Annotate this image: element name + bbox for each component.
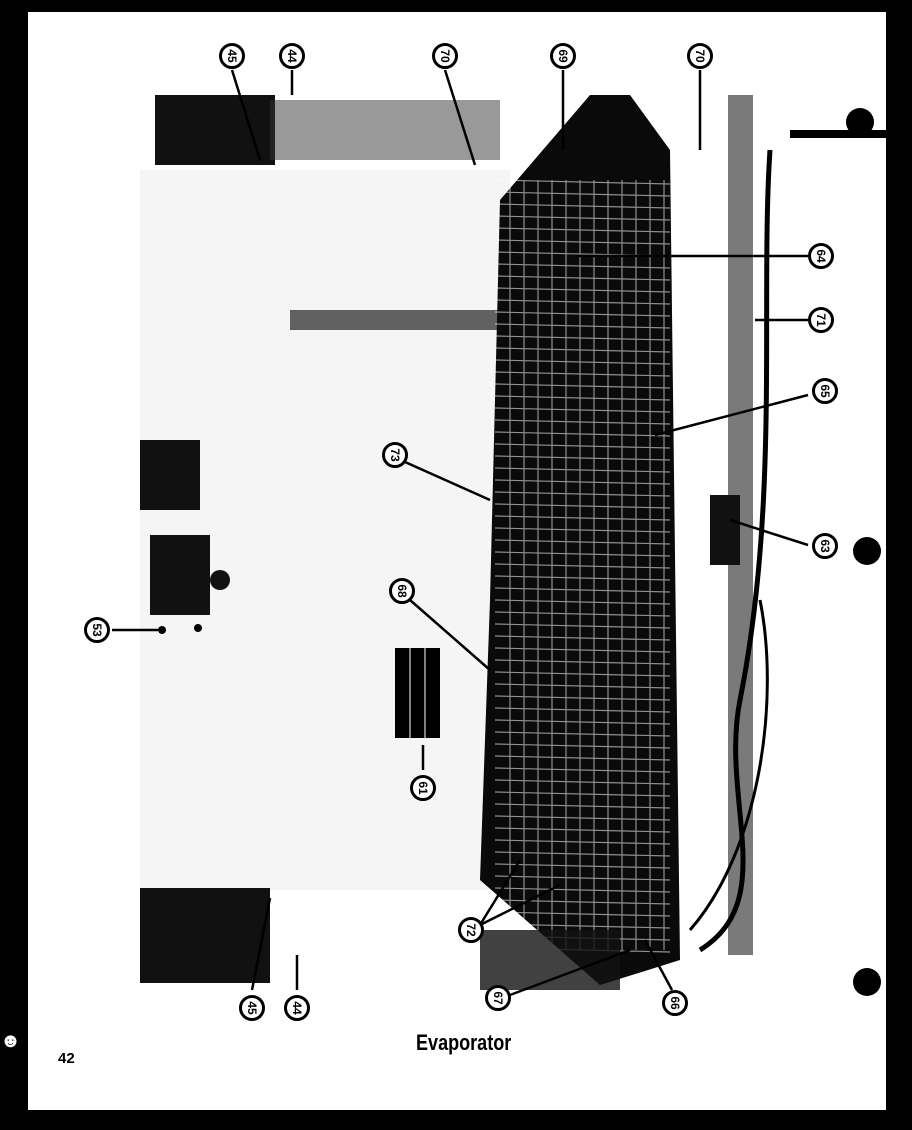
page-number: 42: [58, 1050, 75, 1067]
punch-hole-icon: [853, 537, 881, 565]
callout-68: 68: [389, 578, 415, 604]
callout-65: 65: [812, 378, 838, 404]
callout-70-top: 70: [432, 43, 458, 69]
callout-70-right: 70: [687, 43, 713, 69]
callout-44-top: 44: [279, 43, 305, 69]
callout-63: 63: [812, 533, 838, 559]
callout-44-bottom: 44: [284, 995, 310, 1021]
callout-45-bottom: 45: [239, 995, 265, 1021]
figure-caption: Evaporator: [416, 1030, 511, 1056]
punch-hole-icon: [853, 968, 881, 996]
callout-72: 72: [458, 917, 484, 943]
punch-hole-icon: [846, 108, 874, 136]
callout-71: 71: [808, 307, 834, 333]
callout-67: 67: [485, 985, 511, 1011]
evaporator-photo: [0, 0, 912, 1130]
callout-69: 69: [550, 43, 576, 69]
callout-64: 64: [808, 243, 834, 269]
callout-73: 73: [382, 442, 408, 468]
callout-66: 66: [662, 990, 688, 1016]
thumb-mark-icon: ☻: [0, 1030, 22, 1060]
callout-53: 53: [84, 617, 110, 643]
callout-61: 61: [410, 775, 436, 801]
callout-45-top: 45: [219, 43, 245, 69]
